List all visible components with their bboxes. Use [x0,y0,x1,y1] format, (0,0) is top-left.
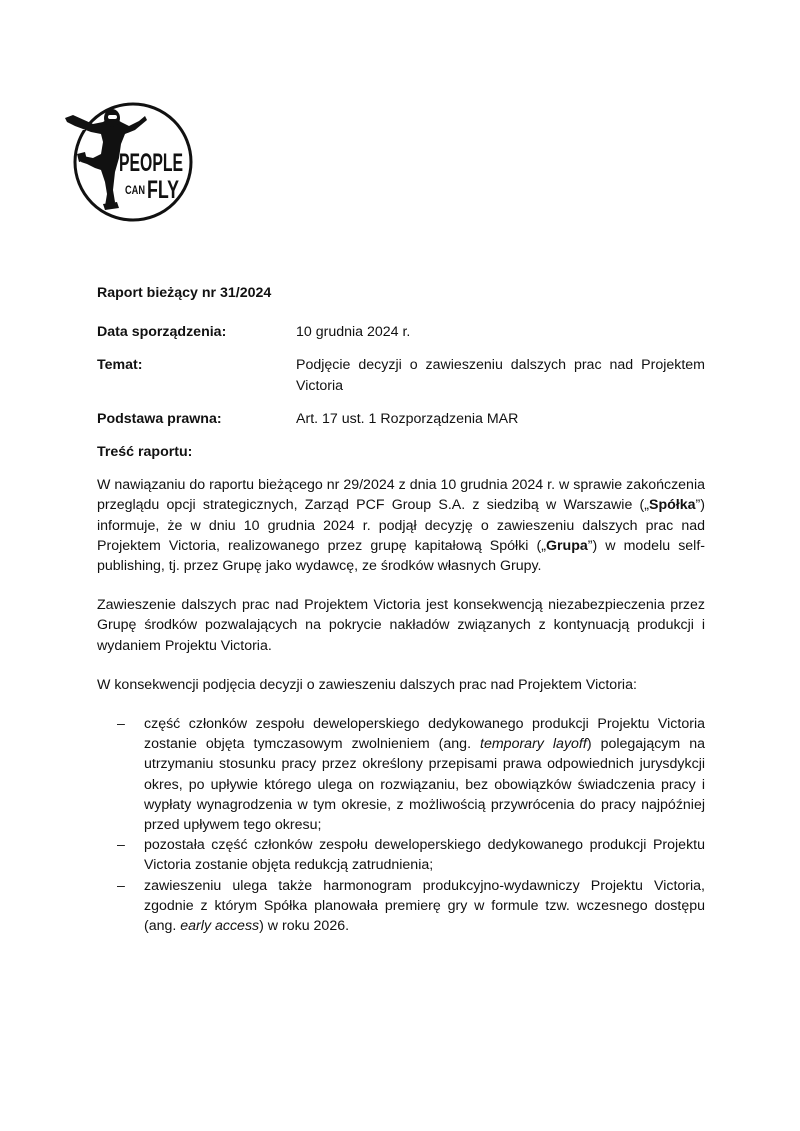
meta-value: 10 grudnia 2024 r. [296,322,705,342]
list-item: –część członków zespołu deweloperskiego … [144,714,705,835]
meta-row-subject: Temat: Podjęcie decyzji o zawieszeniu da… [97,355,705,395]
svg-text:PEOPLE: PEOPLE [119,149,183,177]
list-item: –pozostała część członków zespołu dewelo… [144,835,705,875]
report-content: Raport bieżący nr 31/2024 Data sporządze… [97,283,705,936]
defined-term: Spółka [649,497,696,513]
content-heading: Treść raportu: [97,442,705,462]
paragraph-2: Zawieszenie dalszych prac nad Projektem … [97,595,705,656]
defined-term: Grupa [546,538,588,554]
list-item: –zawieszeniu ulega także harmonogram pro… [144,876,705,937]
paragraph-3: W konsekwencji podjęcia decyzji o zawies… [97,675,705,695]
meta-value: Podjęcie decyzji o zawieszeniu dalszych … [296,355,705,395]
dash-bullet-icon: – [117,835,125,855]
paragraph-1: W nawiązaniu do raportu bieżącego nr 29/… [97,475,705,576]
consequences-list: –część członków zespołu deweloperskiego … [97,714,705,936]
meta-row-legal-basis: Podstawa prawna: Art. 17 ust. 1 Rozporzą… [97,409,705,429]
meta-value: Art. 17 ust. 1 Rozporządzenia MAR [296,409,705,429]
report-title: Raport bieżący nr 31/2024 [97,283,705,303]
company-logo: PEOPLE CAN FLY [63,98,195,223]
dash-bullet-icon: – [117,876,125,896]
people-can-fly-logo-icon: PEOPLE CAN FLY [63,98,195,223]
dash-bullet-icon: – [117,714,125,734]
meta-label: Temat: [97,355,296,395]
meta-row-date: Data sporządzenia: 10 grudnia 2024 r. [97,322,705,342]
meta-label: Data sporządzenia: [97,322,296,342]
svg-text:FLY: FLY [147,176,179,204]
meta-label: Podstawa prawna: [97,409,296,429]
svg-text:CAN: CAN [125,183,145,197]
